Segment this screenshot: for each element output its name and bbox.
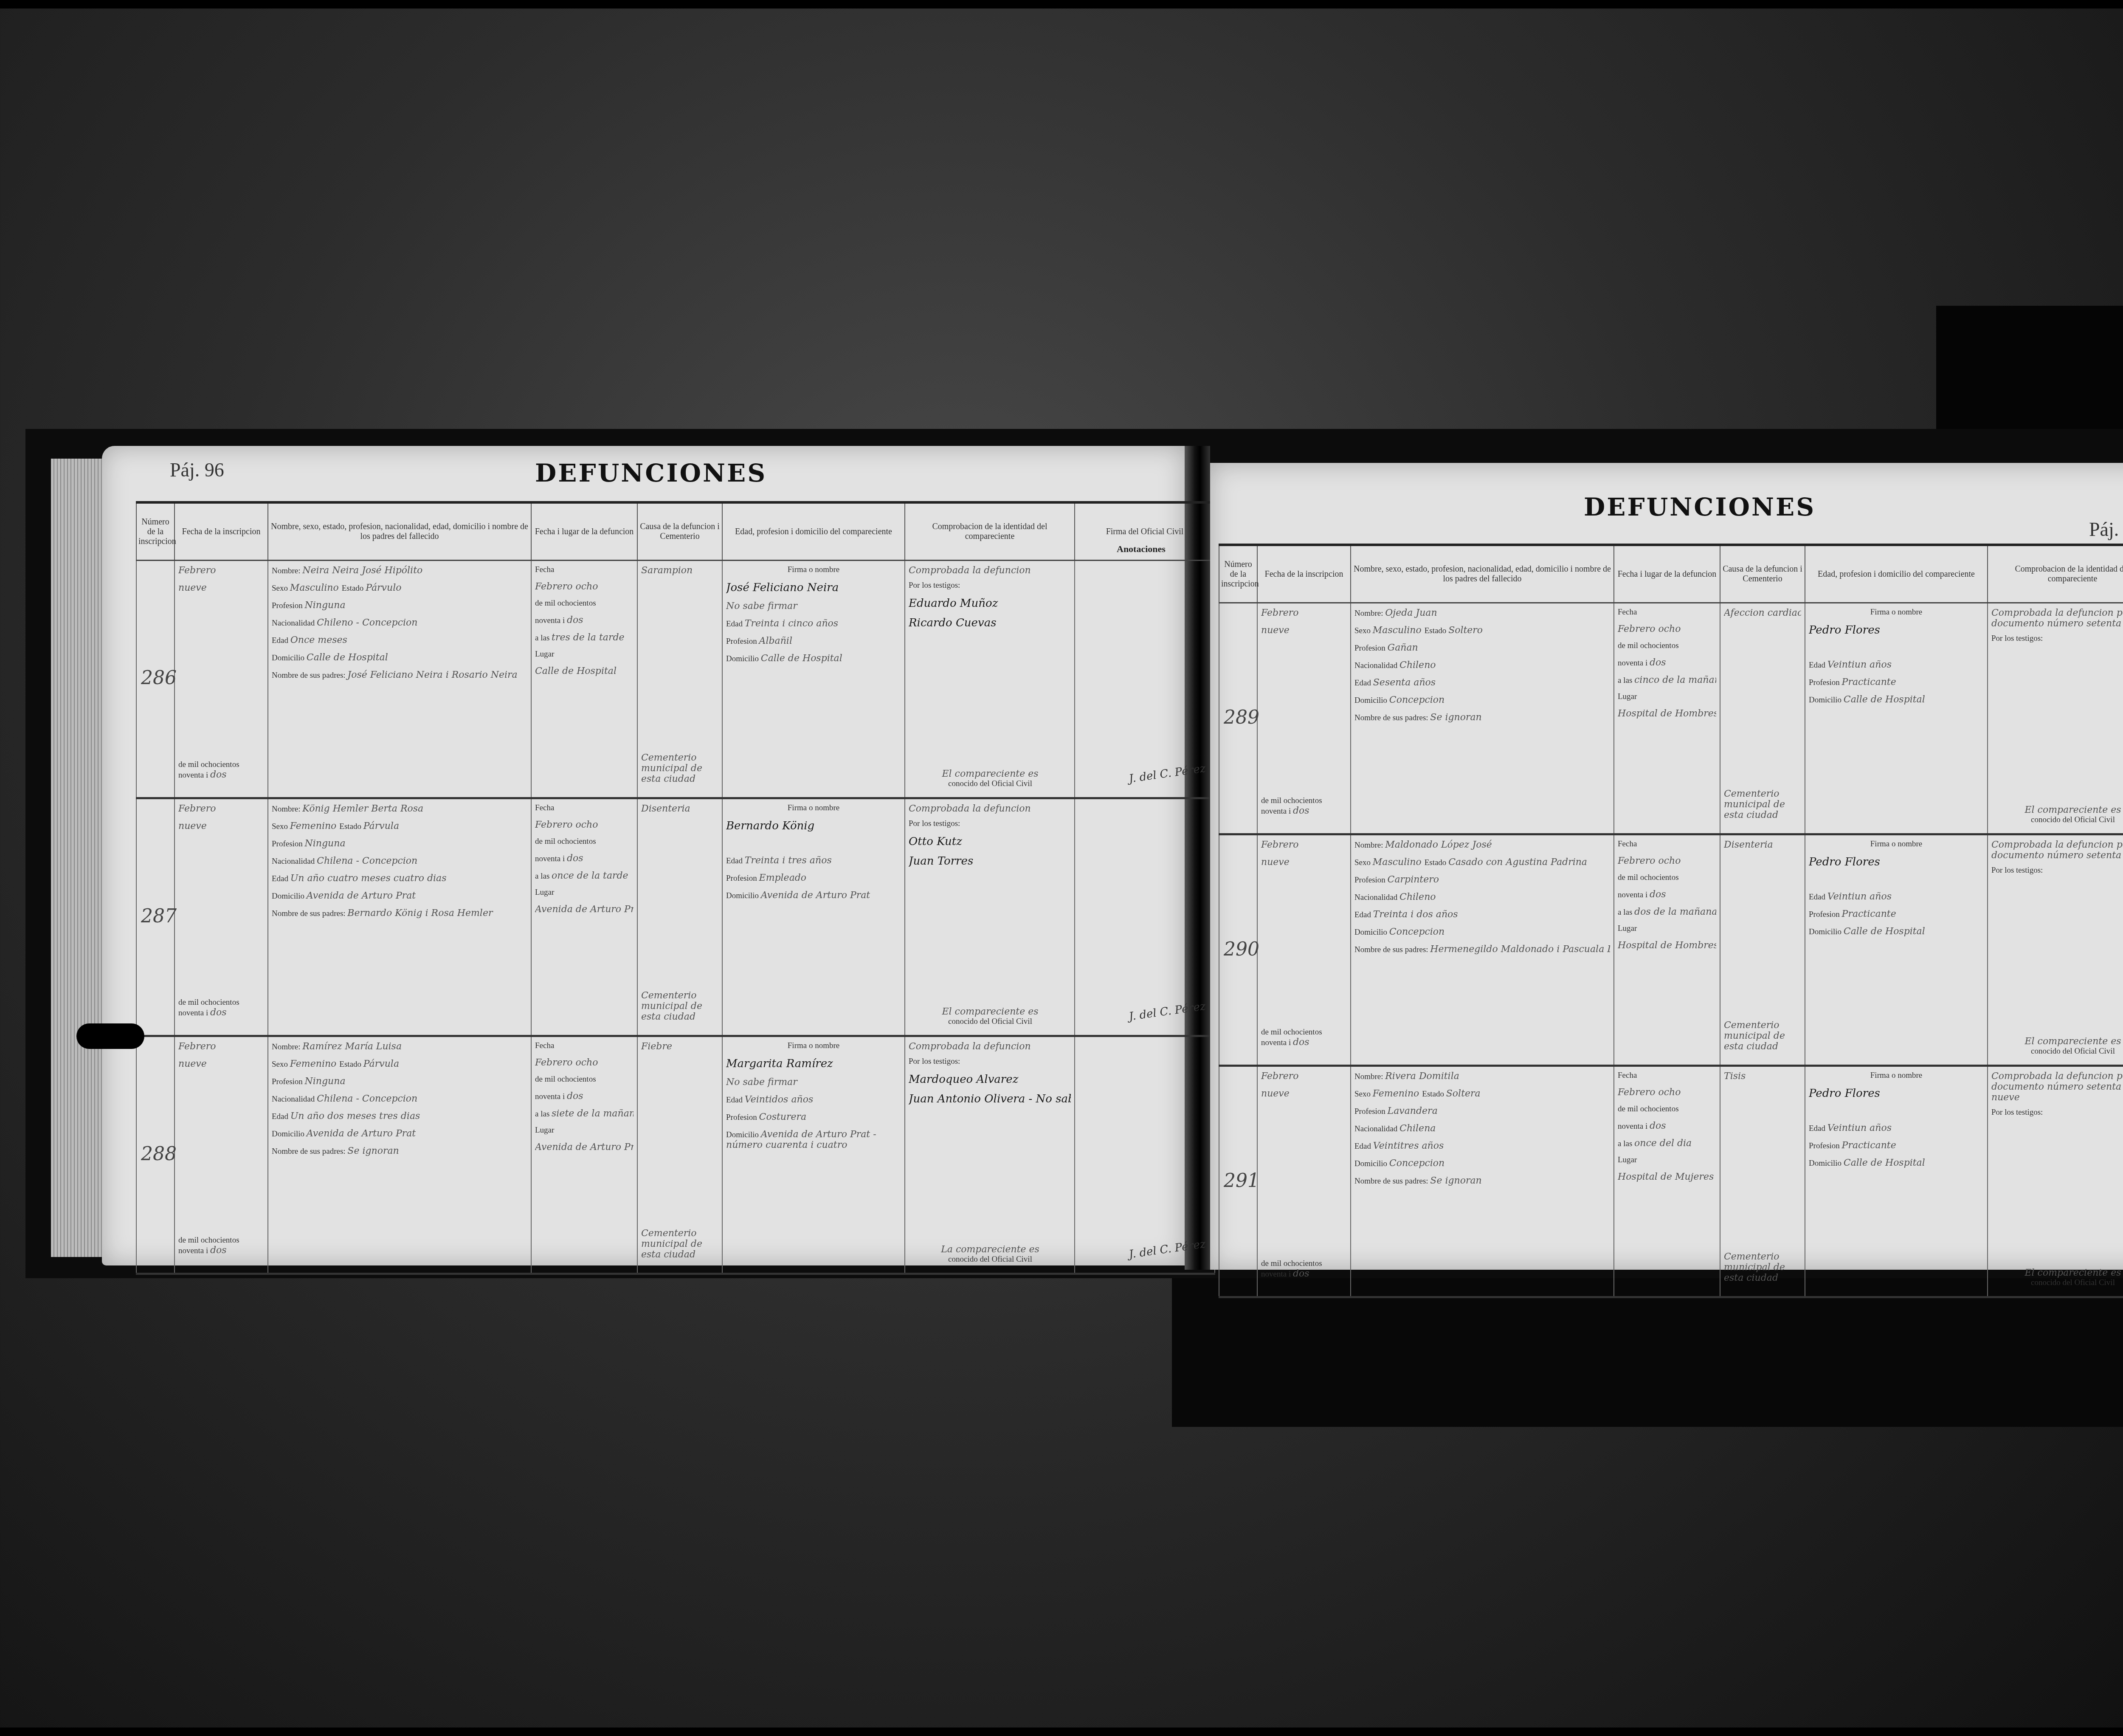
death-date-place: FechaFebrero ochode mil ochocientosnoven… — [1614, 834, 1720, 1066]
death-record-row: 291Febreronuevede mil ochocientos novent… — [1219, 1066, 2123, 1297]
left-page-edges — [51, 459, 102, 1257]
column-header: Número de la inscripcion — [1219, 545, 1257, 603]
column-header: Edad, profesion i domicilio del comparec… — [722, 502, 905, 561]
identity-verification: Comprobada la defuncionPor los testigos:… — [905, 798, 1075, 1036]
register-book: Páj. 96 DEFUNCIONES Anotaciones Número d… — [25, 429, 2123, 1278]
column-header: Causa de la defuncion i Cementerio — [637, 502, 722, 561]
deceased-details: Nombre: Neira Neira José HipólitoSexo Ma… — [268, 561, 531, 798]
cause-and-cemetery: DisenteriaCementerio municipal de esta c… — [1720, 834, 1805, 1066]
declarant-details: Firma o nombreJosé Feliciano NeiraNo sab… — [722, 561, 905, 798]
cause-and-cemetery: SarampionCementerio municipal de esta ci… — [637, 561, 722, 798]
column-header: Nombre, sexo, estado, profesion, naciona… — [268, 502, 531, 561]
record-number: 286 — [136, 561, 175, 798]
death-record-row: 289Febreronuevede mil ochocientos novent… — [1219, 603, 2123, 834]
civil-officer-signature: J. del C. Pérez — [1075, 561, 1215, 798]
deceased-details: Nombre: Ojeda JuanSexo Masculino Estado … — [1351, 603, 1614, 834]
death-record-row: 287Febreronuevede mil ochocientos novent… — [136, 798, 1215, 1036]
column-header: Edad, profesion i domicilio del comparec… — [1805, 545, 1988, 603]
declarant-details: Firma o nombrePedro Flores Edad Veintiun… — [1805, 1066, 1988, 1297]
column-header: Fecha de la inscripcion — [1257, 545, 1351, 603]
death-date-place: FechaFebrero ochode mil ochocientosnoven… — [531, 798, 637, 1036]
inscription-date: Febreronuevede mil ochocientos noventa i… — [175, 1036, 268, 1274]
scan-border-top — [0, 0, 2123, 8]
column-header: Fecha de la inscripcion — [175, 502, 268, 561]
record-number: 290 — [1219, 834, 1257, 1066]
cause-and-cemetery: DisenteriaCementerio municipal de esta c… — [637, 798, 722, 1036]
left-page-title: DEFUNCIONES — [535, 459, 767, 488]
scan-border-bottom — [0, 1728, 2123, 1736]
death-record-row: 288Febreronuevede mil ochocientos novent… — [136, 1036, 1215, 1274]
declarant-details: Firma o nombrePedro Flores Edad Veintiun… — [1805, 834, 1988, 1066]
column-header: Nombre, sexo, estado, profesion, naciona… — [1351, 545, 1614, 603]
identity-verification: Comprobada la defuncion por documento nú… — [1988, 834, 2123, 1066]
death-date-place: FechaFebrero ochode mil ochocientosnoven… — [531, 561, 637, 798]
death-date-place: FechaFebrero ochode mil ochocientosnoven… — [1614, 1066, 1720, 1297]
deceased-details: Nombre: Rivera DomitilaSexo Femenino Est… — [1351, 1066, 1614, 1297]
right-page-title: DEFUNCIONES — [1584, 493, 1816, 521]
left-page: Páj. 96 DEFUNCIONES Anotaciones Número d… — [102, 446, 1185, 1265]
column-header: Fecha i lugar de la defuncion — [531, 502, 637, 561]
page-clip-left — [76, 1023, 144, 1049]
death-record-row: 286Febreronuevede mil ochocientos novent… — [136, 561, 1215, 798]
left-register-table: Número de la inscripcionFecha de la insc… — [136, 501, 1215, 1275]
right-register-table: Número de la inscripcionFecha de la insc… — [1219, 544, 2123, 1298]
death-date-place: FechaFebrero ochode mil ochocientosnoven… — [531, 1036, 637, 1274]
inscription-date: Febreronuevede mil ochocientos noventa i… — [1257, 1066, 1351, 1297]
declarant-details: Firma o nombreMargarita RamírezNo sabe f… — [722, 1036, 905, 1274]
right-page-number: Páj. 97 — [2089, 518, 2123, 541]
record-number: 288 — [136, 1036, 175, 1274]
left-page-number: Páj. 96 — [170, 459, 224, 481]
deceased-details: Nombre: Ramírez María LuisaSexo Femenino… — [268, 1036, 531, 1274]
column-header: Comprobacion de la identidad del compare… — [905, 502, 1075, 561]
deceased-details: Nombre: König Hemler Berta RosaSexo Feme… — [268, 798, 531, 1036]
record-number: 289 — [1219, 603, 1257, 834]
civil-officer-signature: J. del C. Pérez — [1075, 1036, 1215, 1274]
column-header: Número de la inscripcion — [136, 502, 175, 561]
death-record-row: 290Febreronuevede mil ochocientos novent… — [1219, 834, 2123, 1066]
column-header: Firma del Oficial Civil — [1075, 502, 1215, 561]
inscription-date: Febreronuevede mil ochocientos noventa i… — [1257, 603, 1351, 834]
right-page: DEFUNCIONES Páj. 97 MUNICIPALIDAD DE CON… — [1210, 463, 2123, 1270]
inscription-date: Febreronuevede mil ochocientos noventa i… — [175, 561, 268, 798]
declarant-details: Firma o nombrePedro Flores Edad Veintiun… — [1805, 603, 1988, 834]
record-number: 287 — [136, 798, 175, 1036]
cause-and-cemetery: TisisCementerio municipal de esta ciudad — [1720, 1066, 1805, 1297]
cause-and-cemetery: FiebreCementerio municipal de esta ciuda… — [637, 1036, 722, 1274]
identity-verification: Comprobada la defuncion por documento nú… — [1988, 603, 2123, 834]
column-header: Comprobacion de la identidad del compare… — [1988, 545, 2123, 603]
inscription-date: Febreronuevede mil ochocientos noventa i… — [1257, 834, 1351, 1066]
declarant-details: Firma o nombreBernardo König Edad Treint… — [722, 798, 905, 1036]
column-header: Fecha i lugar de la defuncion — [1614, 545, 1720, 603]
record-number: 291 — [1219, 1066, 1257, 1297]
identity-verification: Comprobada la defuncionPor los testigos:… — [905, 1036, 1075, 1274]
deceased-details: Nombre: Maldonado López JoséSexo Masculi… — [1351, 834, 1614, 1066]
identity-verification: Comprobada la defuncion por documento nú… — [1988, 1066, 2123, 1297]
identity-verification: Comprobada la defuncionPor los testigos:… — [905, 561, 1075, 798]
cause-and-cemetery: Afeccion cardiacaCementerio municipal de… — [1720, 603, 1805, 834]
death-date-place: FechaFebrero ochode mil ochocientosnoven… — [1614, 603, 1720, 834]
column-header: Causa de la defuncion i Cementerio — [1720, 545, 1805, 603]
inscription-date: Febreronuevede mil ochocientos noventa i… — [175, 798, 268, 1036]
civil-officer-signature: J. del C. Pérez — [1075, 798, 1215, 1036]
